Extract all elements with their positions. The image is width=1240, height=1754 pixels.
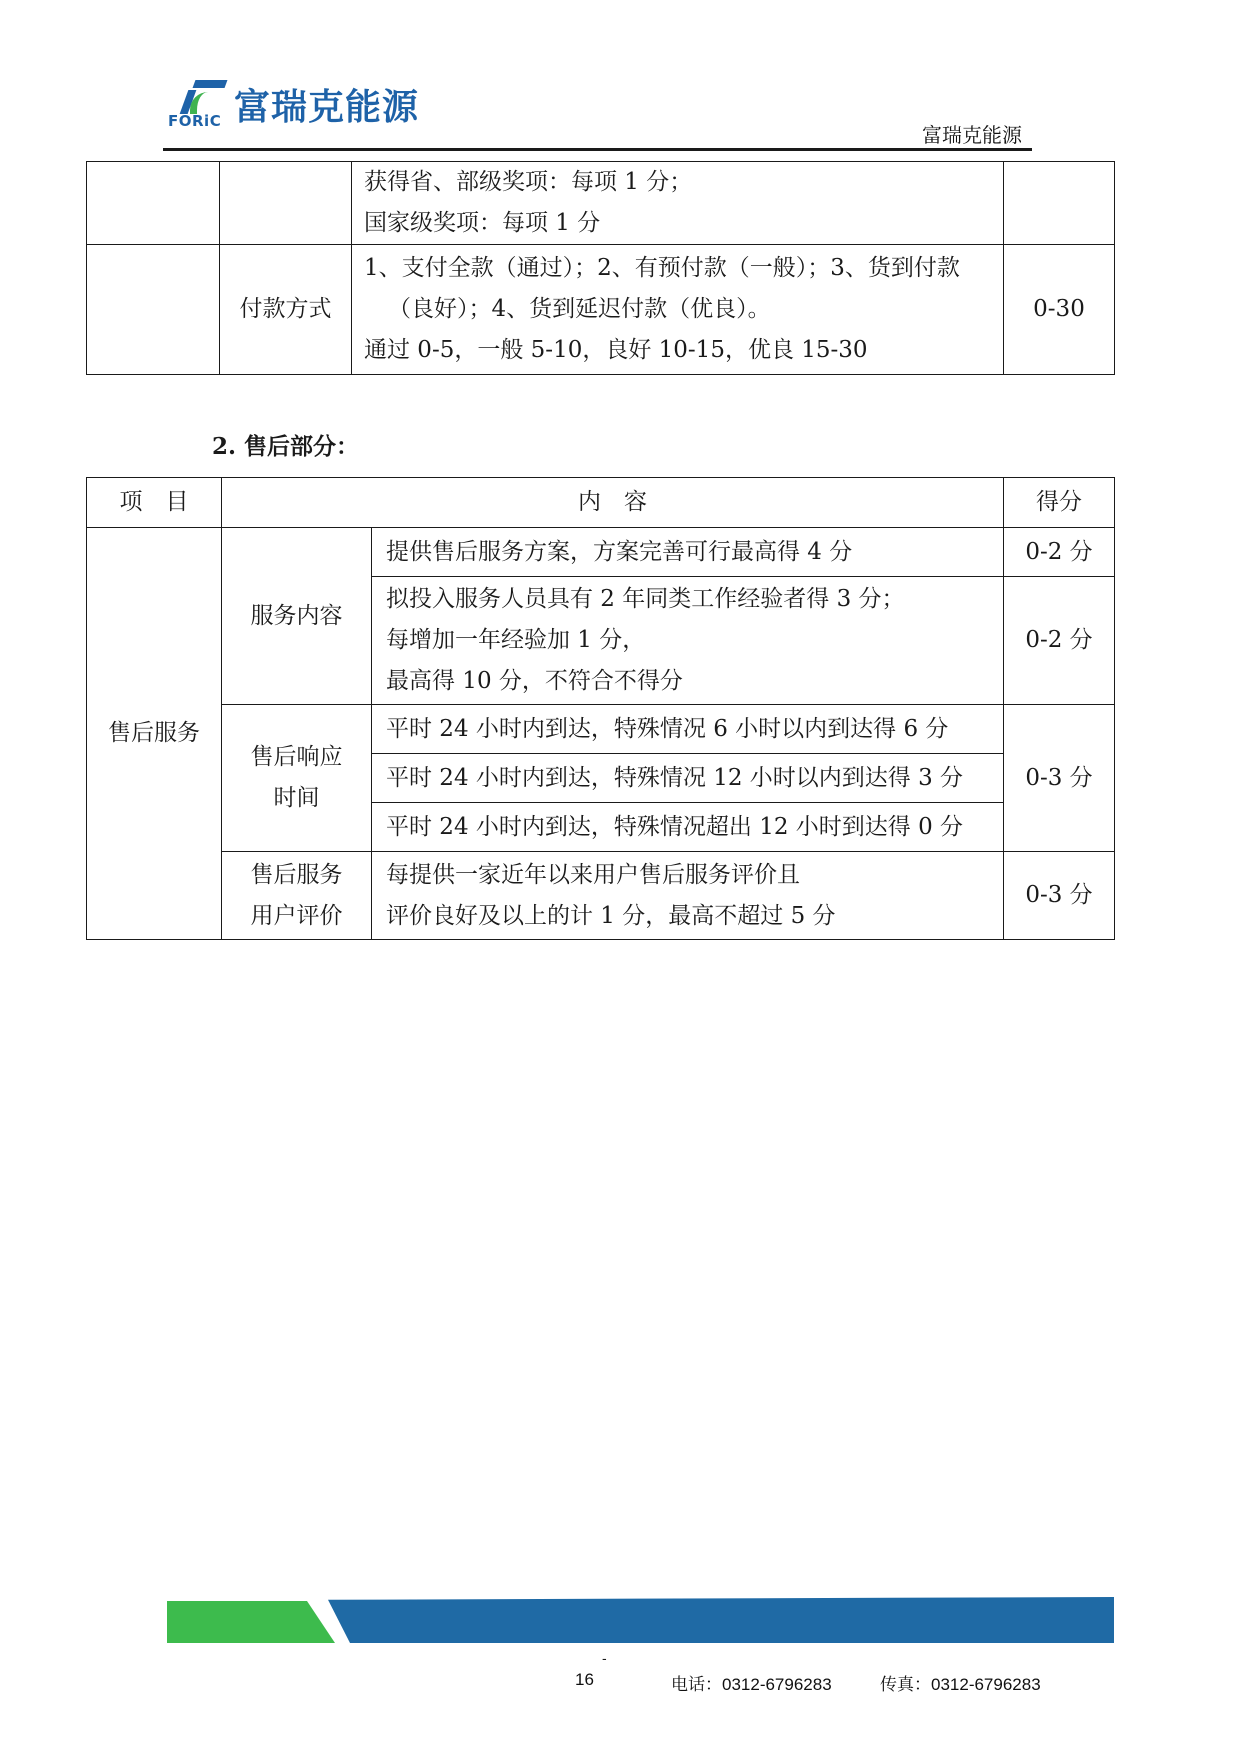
score-cell: 0-3 分 [1004, 705, 1115, 852]
content-line: 拟投入服务人员具有 2 年同类工作经验者得 3 分； [386, 579, 1003, 620]
table-row: 售后响应 时间 平时 24 小时内到达，特殊情况 6 小时以内到达得 6 分 0… [87, 705, 1115, 754]
table-cell-item [220, 162, 352, 245]
group-name-cell: 服务内容 [222, 528, 372, 705]
table-cell-item: 付款方式 [220, 245, 352, 375]
content-cell: 每提供一家近年以来用户售后服务评价且 评价良好及以上的计 1 分，最高不超过 5… [372, 852, 1004, 940]
content-cell: 提供售后服务方案，方案完善可行最高得 4 分 [372, 528, 1004, 577]
header-content: 内 容 [222, 478, 1004, 528]
content-line: 每增加一年经验加 1 分， [386, 620, 1003, 661]
content-line: 1、支付全款（通过）；2、有预付款（一般）；3、货到付款 [364, 248, 1003, 289]
group-name-line: 用户评价 [222, 896, 371, 937]
score-cell: 0-2 分 [1004, 577, 1115, 705]
table-cell-content: 获得省、部级奖项：每项 1 分； 国家级奖项：每项 1 分 [352, 162, 1004, 245]
table-cell-score: 0-30 [1004, 245, 1115, 375]
table-cell-category [87, 245, 220, 375]
content-line: 通过 0-5，一般 5-10，良好 10-15，优良 15-30 [364, 330, 1003, 371]
group-name-cell: 售后响应 时间 [222, 705, 372, 852]
header-divider [163, 148, 1032, 151]
after-sales-scoring-table: 项 目 内 容 得分 售后服务 服务内容 提供售后服务方案，方案完善可行最高得 … [86, 477, 1115, 940]
table-cell-score [1004, 162, 1115, 245]
score-cell: 0-3 分 [1004, 852, 1115, 940]
score-cell: 0-2 分 [1004, 528, 1115, 577]
header-score: 得分 [1004, 478, 1115, 528]
section-title: 2. 售后部分： [212, 428, 359, 461]
footer-fax: 传真：0312-6796283 [880, 1670, 1041, 1695]
content-cell: 平时 24 小时内到达，特殊情况超出 12 小时到达得 0 分 [372, 803, 1004, 852]
logo-latin-text: FORiC [168, 112, 221, 130]
group-name-line: 售后响应 [222, 737, 371, 778]
content-line: 国家级奖项：每项 1 分 [364, 203, 1003, 244]
content-line: 获得省、部级奖项：每项 1 分； [364, 162, 1003, 203]
footer-phone: 电话：0312-6796283 [671, 1670, 832, 1695]
table-header-row: 项 目 内 容 得分 [87, 478, 1115, 528]
page-number: 16 [575, 1670, 594, 1690]
foric-logo-icon: FORiC [168, 80, 230, 130]
header-item: 项 目 [87, 478, 222, 528]
table-row: 付款方式 1、支付全款（通过）；2、有预付款（一般）；3、货到付款 （良好）；4… [87, 245, 1115, 375]
running-header-title: 富瑞克能源 [922, 119, 1022, 148]
logo-chinese-text: 富瑞克能源 [234, 90, 419, 126]
footer-green-band [167, 1601, 335, 1643]
category-cell: 售后服务 [87, 528, 222, 940]
content-cell: 平时 24 小时内到达，特殊情况 6 小时以内到达得 6 分 [372, 705, 1004, 754]
group-name-line: 时间 [222, 778, 371, 819]
content-cell: 拟投入服务人员具有 2 年同类工作经验者得 3 分； 每增加一年经验加 1 分，… [372, 577, 1004, 705]
group-name-cell: 售后服务 用户评价 [222, 852, 372, 940]
footer-blue-band [328, 1597, 1114, 1643]
table-cell-content: 1、支付全款（通过）；2、有预付款（一般）；3、货到付款 （良好）；4、货到延迟… [352, 245, 1004, 375]
table-row: 售后服务 服务内容 提供售后服务方案，方案完善可行最高得 4 分 0-2 分 [87, 528, 1115, 577]
footer-dash: - [602, 1650, 607, 1666]
content-line: 评价良好及以上的计 1 分，最高不超过 5 分 [386, 896, 1003, 937]
company-logo: FORiC 富瑞克能源 [168, 80, 419, 130]
content-cell: 平时 24 小时内到达，特殊情况 12 小时以内到达得 3 分 [372, 754, 1004, 803]
content-line: 每提供一家近年以来用户售后服务评价且 [386, 855, 1003, 896]
scoring-table-continued: 获得省、部级奖项：每项 1 分； 国家级奖项：每项 1 分 付款方式 1、支付全… [86, 161, 1115, 375]
table-row: 售后服务 用户评价 每提供一家近年以来用户售后服务评价且 评价良好及以上的计 1… [87, 852, 1115, 940]
table-cell-category [87, 162, 220, 245]
content-line: （良好）；4、货到延迟付款（优良）。 [364, 289, 1003, 330]
group-name-line: 售后服务 [222, 855, 371, 896]
content-line: 最高得 10 分，不符合不得分 [386, 661, 1003, 702]
table-row: 获得省、部级奖项：每项 1 分； 国家级奖项：每项 1 分 [87, 162, 1115, 245]
